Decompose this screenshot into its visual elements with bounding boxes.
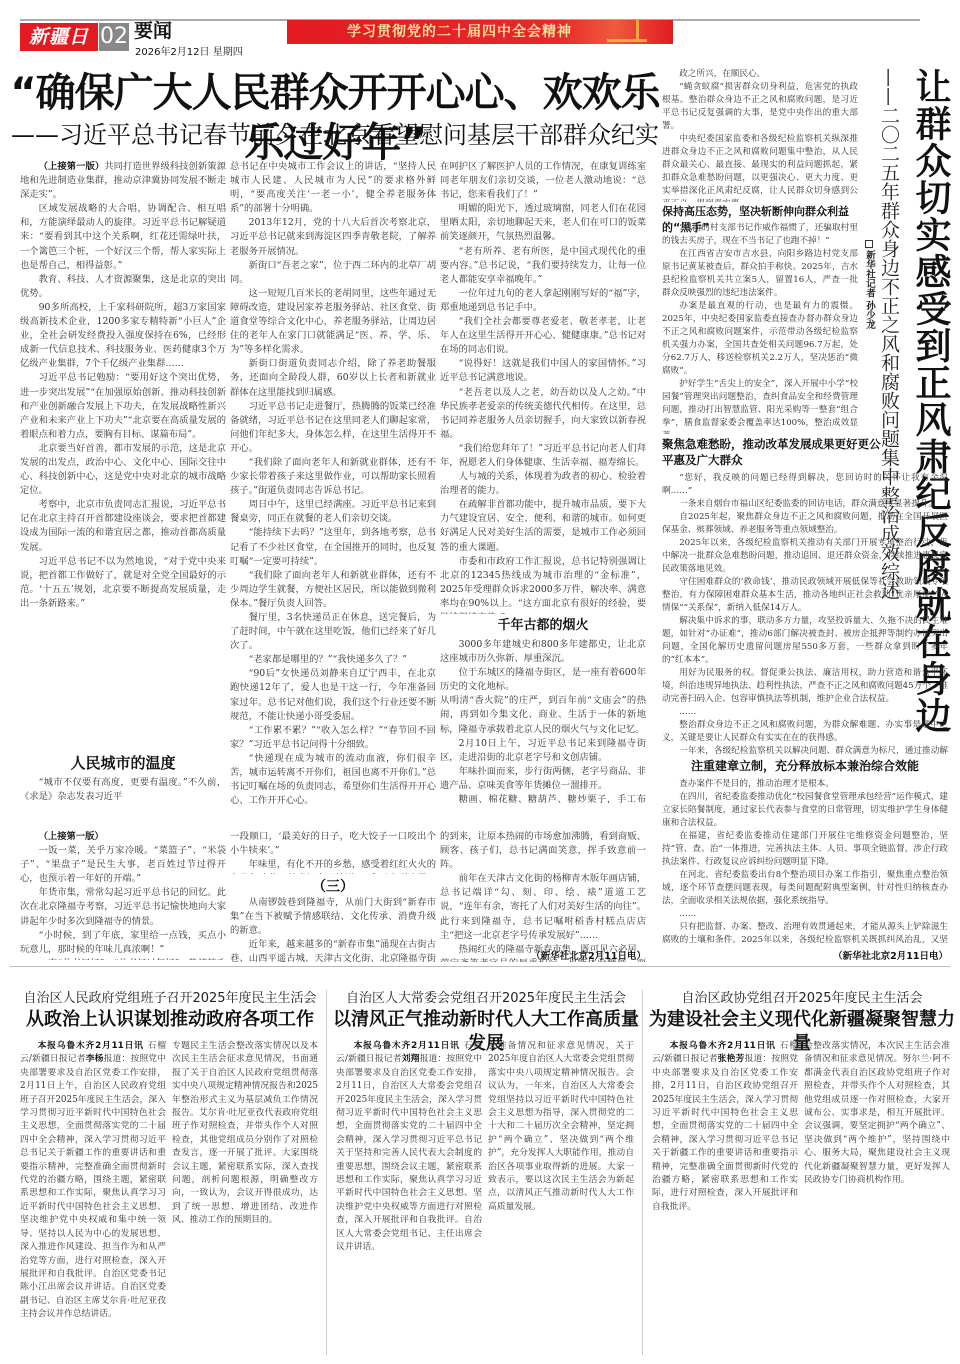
paragraph: “蝇贪蚁腐”损害群众切身利益，危害党的执政根基。整治群众身边不正之风和腐败问题，… [662,81,858,133]
lead-lower-column-3: 的到来，让原本热闹的市场愈加沸腾，看到商贩、顾客、孩子们，总书记满面笑意，挥手致… [440,830,646,962]
right-section-3-body: 查办案件不是目的，推动治理才是根本。在四川，省纪委监委推动优化“校园餐食堂管理承… [662,778,948,946]
column-separator [326,990,327,1355]
paragraph: “能持续下去吗？”这里年，到各地考察，总书记看了不少社区食堂，在全国推开的同时，… [230,526,436,568]
paragraph: 年货市集，常常勾起习近平总书记的回忆。此次在北京隆福寺考察，习近平总书记愉快地向… [20,886,226,928]
byline-box-icon [865,240,873,248]
bottom-article-column-1: 本报乌鲁木齐2月11日讯 石榴云/新疆日报记者刘翔报道：按照党中央部署要求及自治… [336,1040,482,1358]
paragraph: 一声“总书记好”，“总书记过年好”，热情的欢呼声此起彼伏，总书记微笑着向大家挥手… [20,957,226,960]
paragraph: 3000多年建城史和800多年建都史，让北京这座城市历久弥新、厚重深沉。 [440,638,646,666]
bottom-article-dateline: 本报乌鲁木齐2月11日讯 [670,1041,780,1051]
column-separator [642,990,643,1355]
paragraph: 在疏解非首都功能中，提升城市品质，要下大力气建设宜居、安全、便利、和谐的城市。如… [440,498,646,554]
lead-upper-column-1: （上接第一版）共同打造世界级科技创新策源地和先进制造业集群，推动京津冀协同发展不… [20,160,226,750]
reporter-name: 刘翔 [402,1054,420,1064]
paragraph: 年味扑面而来，步行街两侧，老字号商品、非遗产品、京味美食等年货摊位一溜排开。 [440,765,646,793]
paragraph: 中央纪委国家监委和各级纪检监察机关纵深推进群众身边不正之风和腐败问题集中整治，从… [662,133,858,202]
reporter-name: 李杨 [86,1054,104,1064]
paragraph: 糖画、棉花糖、糖葫芦、糖炒栗子，手工布艺、银饰、剪纸、金漆镶嵌……习近平总书记兴… [440,793,646,808]
lead-lower-column-2-continued: 从南锣鼓巷到隆福寺，从前门大街到“新春市集”在当下被赋予情感联结、文化传承、消费… [230,896,436,962]
bottom-article-kicker: 自治区政协党组召开2025年度民主生活会 [652,990,952,1008]
paragraph: 总书记在中央城市工作会议上的讲话，“坚持人民城市人民建、人民城市为人民”的要求格… [230,160,436,216]
paragraph: 2025年以来，各级纪检监察机关推动有关部门开展专项整治行动，集中解决一批群众急… [662,537,948,576]
bottom-article-column-1: 本报乌鲁木齐2月11日讯 石榴云/新疆日报记者张艳芳报道：按照党中央部署要求及自… [652,1040,798,1358]
paragraph: 这一短短几百米长的老胡同里，这些年通过无障碍改造，建设居家养老服务驿站、社区食堂… [230,287,436,357]
paragraph: “以前的村支部书记作威作福惯了，还骗取村里的钱去买房子，现在不当书记了也跑不掉！… [662,222,858,248]
bottom-article-column-2: 会整改落实情况，本次民主生活会准备情况和征求意见情况。努尔兰·阿不都满金代表自治… [804,1040,950,1358]
paragraph: （上接第一版） [20,830,226,844]
paragraph: 近年来，越来越多的“新春市集”涌现在古街古巷、山西平遥古城、天津古文化街、北京隆… [230,938,436,962]
right-section-2-body: “您好，我反映的问题已经得到解决，您回访时的关怀让我有余温啊……”一条来自烟台市… [662,472,948,756]
paragraph: 的到来，让原本热闹的市场愈加沸腾，看到商贩、顾客、孩子们，总书记满面笑意，挥手致… [440,830,646,872]
paragraph: 2月10日上午，习近平总书记来到隆福寺街区，走进沿街的北京老字号和文创店铺。 [440,737,646,765]
section-name: 要闻 [134,21,172,41]
newspaper-logo: 新疆日报 [20,23,98,51]
paragraph: 用好为民服务的权。督促秉公执法、廉洁用权，助力营造和谐公平环境，纠治违规异地执法… [662,667,948,706]
paragraph: 办案是最直观的行动，也是最有力的震慑。2025年，中央纪委国家监委直接查办督办群… [662,300,858,378]
paragraph: 守住困难群众的‘救命钱’，推动民政领域开展低保等社会救助领域专项整治，有力保障困… [662,576,948,615]
theme-banner: 学习贯彻党的二十届四中全会精神 [287,20,673,44]
byline-text: 新华社记者 孙少龙 [864,250,875,329]
lead-lower-column-2: 一段顺口，‘最美好的日子，吃大饺子一口咬出个小牛犊来’。”年味里，有化不开的乡愁… [230,830,436,874]
lead-subhead-people-city: 人民城市的温度 [20,752,226,774]
bottom-article-title: 从政治上认识谋划推动政府各项工作 [14,1008,326,1032]
tiananmen-icon [607,22,647,42]
bottom-article-column-1: 本报乌鲁木齐2月11日讯 石榴云/新疆日报记者李杨报道：按照党中央部署要求及自治… [20,1040,166,1358]
paragraph: “我们全社会都要尊老爱老、敬老孝老，让老年人在这里生活得开开心心、健健康康。”总… [440,315,646,357]
paragraph: 教育、科技、人才资源聚集，这是北京的突出优势。 [20,273,226,301]
paragraph: 考察中，北京市负责同志汇报说，习近平总书记在北京主持召开首都建设座谈会，要求把首… [20,498,226,554]
paragraph: 2013年12月，党的十八大后首次考察北京，习近平总书记就来到海淀区四季青敬老院… [230,216,436,258]
lead-headline: “确保广大人民群众开开心心、欢欢乐乐过好年” [10,68,660,168]
paragraph: “我们除了面向老年人和新就业群体，还有不少周边学生就餐，方便社区居民，所以能做到… [230,569,436,611]
paragraph: 一段顺口，‘最美好的日子，吃大饺子一口咬出个小牛犊来’。” [230,830,436,858]
paragraph: “小时候，到了年底，家里给一点钱，买点小玩意儿，那时候的年味儿真浓啊！” [20,929,226,957]
paragraph: 位于东城区的隆福寺街区，是一座有着600年历史的文化地标。 [440,666,646,694]
paragraph: …… [662,706,948,719]
issue-date: 2026年2月12日 星期四 [135,43,243,58]
paragraph: 在河北，省纪委监委出台8个整治项目办案工作指引，聚焦重点整治领域，逐个环节查摆问… [662,869,948,908]
lead-upper-column-2: 总书记在中央城市工作会议上的讲话，“坚持人民城市人民建、人民城市为人民”的要求格… [230,160,436,808]
right-intro: 政之所兴，在顺民心。“蝇贪蚁腐”损害群众切身利益，危害党的执政根基。整治群众身边… [662,68,858,202]
page-number: 02 [99,23,129,51]
paragraph: 习近平总书记不以为然地说，“对于党中央来说，把首都工作做好了，就是对全党全国最好… [20,555,226,611]
paragraph: 自2025年起，聚焦群众身边不正之风和腐败问题，推动在全国开展医保基金、殡葬领域… [662,511,948,537]
right-section-1-body-continued [662,400,948,434]
paragraph: 一饭一菜，关乎万家冷暖。“菜篮子”、“米袋子”、“果盘子”是民生大事，老百姓过节… [20,844,226,886]
paragraph: “我们除了面向老年人和新就业群体，还有不少家长带着孩子来这里做作业，可以帮助家长… [230,456,436,498]
paragraph: “说得好！这就是我们中国人的家国情怀。”习近平总书记满意地说。 [440,357,646,385]
paragraph: 从明清“香火院”的庄严，到百年前“文庙会”的热闹，再到如今集文化、商业、生活于一… [440,694,646,736]
lead-marker: （上接第一版） [39,161,105,172]
paragraph: 解决集中诉求的事，联动多方力量，攻坚投诉量大、久拖不决的民生难题，如针对“办证难… [662,615,948,667]
paragraph: 新街口“吾老之家”，位于西二环内的北草厂胡同。 [230,259,436,287]
paragraph: 在江西省吉安市吉水县，向阳乡路边村党支部原书记黄某被查后，群众拍手称快。2025… [662,248,858,300]
lead-lower-column-1: （上接第一版）一饭一菜，关乎万家冷暖。“菜篮子”、“米袋子”、“果盘子”是民生大… [20,830,226,960]
paragraph: 一位年过九旬的老人拿起刚刚写好的“福”字，郑重地递到总书记手中。 [440,287,646,315]
paragraph: （上接第一版）共同打造世界级科技创新策源地和先进制造业集群，推动京津冀协同发展不… [20,160,226,202]
lead-subhead-ancient-capital: 千年古都的烟火 [440,617,646,635]
bottom-article-dateline: 本报乌鲁木齐2月11日讯 [38,1041,148,1051]
right-section-heading-3: 注重建章立制，充分释放标本兼治综合效能 [662,758,948,774]
paragraph: 习近平总书记勉励：“要用好这个突出优势，进一步突出发展”“在加强原始创新、推动科… [20,371,226,441]
lead-lower-dateline: （新华社北京2月11日电） [440,948,646,962]
right-section-heading-2: 聚焦急难愁盼，推动改革发展成果更好更公平惠及广大群众 [662,436,882,468]
paragraph: “您好，我反映的问题已经得到解决，您回访时的关怀让我有余温啊……” [662,472,948,498]
reporter-name: 张艳芳 [718,1054,745,1064]
right-dateline: （新华社北京2月11日电） [662,948,948,962]
paragraph: “老家都是哪里的？”“我快递多久了？” [230,653,436,667]
paragraph: 区域发展战略的大合唱，协调配合、相互唱和，方能演绎最动人的旋律。习近平总书记解疑… [20,202,226,272]
paragraph: 从南锣鼓巷到隆福寺，从前门大街到“新春市集”在当下被赋予情感联结、文化传承、消费… [230,896,436,938]
paragraph: 周日中午，这里已经满座。习近平总书记来到餐桌旁，同正在就餐的老人们亲切交谈。 [230,498,436,526]
paragraph: 一条来自烟台市福山区纪委监委的回访电话，群众满意度显著提升。 [662,498,948,511]
paragraph: 整治群众身边不正之风和腐败问题，为群众解难题、办实事是题中之义，关键是要让人民群… [662,719,948,745]
paragraph: 本报乌鲁木齐2月11日讯 石榴云/新疆日报记者张艳芳报道：按照党中央部署要求及自… [652,1040,798,1214]
paragraph: 只有把监督、办案、整改、治理有效贯通起来，才能从源头上铲除滋生腐败的土壤和条件。… [662,921,948,946]
paragraph: 习近平总书记走进餐厅，热腾腾的饭菜已经准备就绪，习近平总书记在这里同老人们聊起家… [230,400,436,456]
paragraph: 明媚的阳光下，透过玻璃窗，同老人们在花园里晒太阳，亲切地聊起天来，老人们在可口的… [440,202,646,244]
bottom-article-column-2: 会准备情况和征求意见情况，关于2025年度自治区人大常委会党组贯彻落实中央八项规… [488,1040,634,1358]
paragraph: 本报乌鲁木齐2月11日讯 石榴云/新疆日报记者刘翔报道：按照党中央部署要求及自治… [336,1040,482,1255]
lead-marker: （上接第一版） [39,831,104,842]
section-divider [10,966,950,967]
paragraph: “我们给您拜年了！”习近平总书记向老人们拜年，祝愿老人们身体健康、生活幸福、福寿… [440,442,646,470]
paragraph: 餐厅里，3名快递员正在休息，送完餐后，为了赶时间，中午就在这里吃饭，他们已经来了… [230,611,436,653]
lead-upper-column-3: 在呵护区了解医护人员的工作情况，在康复训练室同老年朋友们亲切交谈，一位老人激动地… [440,160,646,614]
paragraph: 会准备情况和征求意见情况，关于2025年度自治区人大常委会党组贯彻落实中央八项规… [488,1040,634,1214]
paragraph: 会整改落实情况，本次民主生活会准备情况和征求意见情况。努尔兰·阿不都满金代表自治… [804,1040,950,1187]
paragraph: 专题民主生活会整改落实情况以及本次民主生活会征求意见情况，书面通报了关于自治区人… [172,1040,318,1228]
paragraph: 北京要当好首善，都市发展的示范，这是北京发展的出发点，政治中心、文化中心、国际交… [20,442,226,498]
lead-subheadline: ——习近平总书记春节前夕在北京看望慰问基层干部群众纪实 [10,120,660,150]
paragraph: “90后”女快递员刘静来自辽宁西丰，在北京跑快递12年了，爱人也是干这一行，今年… [230,667,436,723]
lead-chapter-three: （三） [230,876,436,896]
paragraph: “老有所养、老有所医，是中国式现代化的重要内容。”总书记说，“我们要持续发力，让… [440,245,646,287]
paragraph: 新街口街道负责同志介绍，除了养老助餐服务，还面向全龄段人群，60岁以上长者和新就… [230,357,436,399]
paragraph: 年味里，有化不开的乡愁，感受着红红火火的东北年味儿，总书记高兴地说：“今天来到这… [230,858,436,874]
paragraph: “老吾老以及人之老，幼吾幼以及人之幼。”中华民族孝老爱亲的传统美德代代相传。在这… [440,386,646,442]
lead-upper-column-1-continued: “城市不仅要有高度，更要有温度。”不久前，《求是》杂志发表习近平 [20,776,226,808]
bottom-article-column-2: 专题民主生活会整改落实情况以及本次民主生活会征求意见情况，书面通报了关于自治区人… [172,1040,318,1358]
paragraph: 市委和市政府工作汇报说，总书记特别强调让北京的12345热线成为城市治理的“金标… [440,555,646,614]
paragraph: 在四川，省纪委监委推动优化“校园餐食堂管理承包经营”运作模式，建立家长陪餐制度，… [662,791,948,830]
paragraph: 人与城的关系，体现着为政者的初心、检验着治理者的能力。 [440,470,646,498]
paragraph: 在福建，省纪委监委推动住建部门开展住宅维修资金问题整治，坚持“管、查、治”一体推… [662,830,948,869]
paragraph: “城市不仅要有高度，更要有温度。”不久前，《求是》杂志发表习近平 [20,776,226,804]
bottom-article-kicker: 自治区人大常委会党组召开2025年度民主生活会 [336,990,636,1008]
bottom-article-kicker: 自治区人民政府党组班子召开2025年度民主生活会 [20,990,320,1008]
paragraph: “快递现在成为城市的流动血液，你们很辛苦，城市运转离不开你们，祖国也离不开你们。… [230,752,436,808]
paragraph: 前年在天津古文化街的杨柳青木版年画店铺，总书记端详“勾、刻、印、绘、裱”道道工艺… [440,872,646,942]
paragraph: …… [662,908,948,921]
lead-upper-column-3-continued: 3000多年建城史和800多年建都史，让北京这座城市历久弥新、厚重深沉。位于东城… [440,638,646,808]
paragraph: 90多所高校，上千家科研院所，超3万家国家级高新技术企业，1200多家专精特新“… [20,301,226,371]
right-byline: 新华社记者 孙少龙 [862,240,876,329]
paragraph: 在呵护区了解医护人员的工作情况，在康复训练室同老年朋友们亲切交谈，一位老人激动地… [440,160,646,202]
paragraph: 查办案件不是目的，推动治理才是根本。 [662,778,948,791]
paragraph: 一年来，各级纪检监察机关以解决问题、群众满意为标尺，通过推动解决一批深层次问题，… [662,745,948,756]
paragraph: “工作累不累？”“收入怎么样？”“春节回不回家？”习近平总书记问得十分细致。 [230,724,436,752]
theme-banner-text: 学习贯彻党的二十届四中全会精神 [347,24,572,40]
paragraph: 政之所兴，在顺民心。 [662,68,858,81]
paragraph: 本报乌鲁木齐2月11日讯 石榴云/新疆日报记者李杨报道：按照党中央部署要求及自治… [20,1040,166,1322]
bottom-article-dateline: 本报乌鲁木齐2月11日讯 [354,1041,464,1051]
